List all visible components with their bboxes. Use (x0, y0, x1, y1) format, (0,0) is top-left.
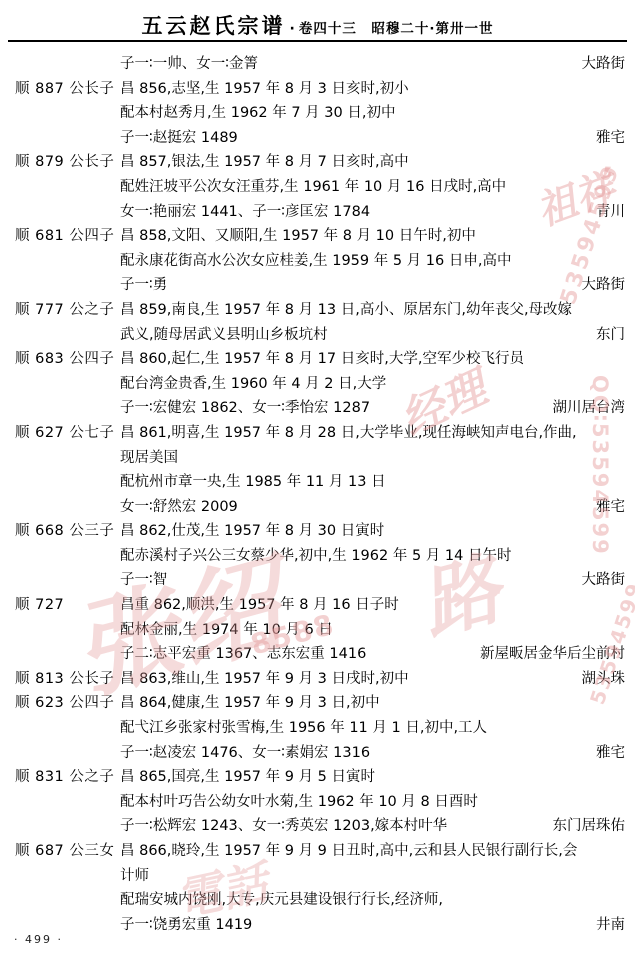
entry-text: 子一∶智 (120, 568, 582, 593)
entry-line: 配本村赵秀月,生 1962 年 7 月 30 日,初中 (15, 101, 625, 126)
residence-label: 雅宅 (596, 741, 625, 766)
residence-label: 井南 (596, 913, 625, 938)
entry-text: 配本村叶巧告公幼女叶水菊,生 1962 年 10 月 8 日酉时 (120, 790, 625, 815)
entry-text: 昌 861,明喜,生 1957 年 8 月 28 日,大学毕业,现任海峡知声电台… (120, 421, 625, 446)
entry-line: 配本村叶巧告公幼女叶水菊,生 1962 年 10 月 8 日酉时 (15, 790, 625, 815)
entry-text: 女一∶舒然宏 2009 (120, 495, 596, 520)
entry-line: 子二∶志平宏重 1367、志东宏重 1416 新屋畈居金华后尘前村 (15, 642, 625, 667)
volume-and-generation-subtitle: 卷四十三 昭穆二十·第卅一世 (299, 21, 494, 37)
entry-line: 配弋江乡张家村张雪梅,生 1956 年 11 月 1 日,初中,工人 (15, 716, 625, 741)
entry-text: 昌 865,国亮,生 1957 年 9 月 5 日寅时 (120, 765, 625, 790)
generation-label: 顺 777 公之子 (15, 298, 120, 323)
entry-line: 女一∶舒然宏 2009 雅宅 (15, 495, 625, 520)
generation-label: 顺 813 公长子 (15, 667, 120, 692)
entry-line: 子一∶松辉宏 1243、女一∶秀英宏 1203,嫁本村叶华 东门居珠佑 (15, 814, 625, 839)
generation-label: 顺 727 (15, 593, 120, 618)
entry-text: 子一∶赵凌宏 1476、女一∶素娟宏 1316 (120, 741, 596, 766)
entry-line: 顺 777 公之子 昌 859,南良,生 1957 年 8 月 13 日,高小、… (15, 298, 625, 323)
generation-label: 顺 681 公四子 (15, 224, 120, 249)
entry-line: 配瑞安城内饶刚,大专,庆元县建设银行行长,经济师, (15, 888, 625, 913)
generation-label: 顺 623 公四子 (15, 691, 120, 716)
generation-label: 顺 627 公七子 (15, 421, 120, 446)
book-title: 五云赵氏宗谱 (142, 14, 286, 38)
entry-line: 子一∶智 大路街 (15, 568, 625, 593)
entry-text: 昌 864,健康,生 1957 年 9 月 3 日,初中 (120, 691, 625, 716)
entry-text: 昌 856,志坚,生 1957 年 8 月 3 日亥时,初小 (120, 77, 625, 102)
entry-text: 昌 866,晓玲,生 1957 年 9 月 9 日丑时,高中,云和县人民银行副行… (120, 839, 625, 864)
entry-line: 顺 623 公四子 昌 864,健康,生 1957 年 9 月 3 日,初中 (15, 691, 625, 716)
entry-line: 顺 627 公七子 昌 861,明喜,生 1957 年 8 月 28 日,大学毕… (15, 421, 625, 446)
entry-text: 配杭州市章一央,生 1985 年 11 月 13 日 (120, 470, 625, 495)
residence-label: 新屋畈居金华后尘前村 (480, 642, 625, 667)
entry-text: 配林金丽,生 1974 年 10 月 6 日 (120, 618, 625, 643)
entry-text: 配赤溪村子兴公三女蔡少华,初中,生 1962 年 5 月 14 日午时 (120, 544, 625, 569)
entry-text: 子一∶松辉宏 1243、女一∶秀英宏 1203,嫁本村叶华 (120, 814, 553, 839)
entry-line: 配杭州市章一央,生 1985 年 11 月 13 日 (15, 470, 625, 495)
entry-line: 顺 668 公三子 昌 862,仕茂,生 1957 年 8 月 30 日寅时 (15, 519, 625, 544)
entries-list: 子一∶一帅、女一∶金箐 大路街 顺 887 公长子 昌 856,志坚,生 195… (15, 52, 625, 937)
entry-line: 武义,随母居武义县明山乡板坑村 东门 (15, 323, 625, 348)
entry-line: 子一∶勇 大路街 (15, 273, 625, 298)
entry-line: 顺 887 公长子 昌 856,志坚,生 1957 年 8 月 3 日亥时,初小 (15, 77, 625, 102)
entry-text: 配姓汪坡平公次女汪重芬,生 1961 年 10 月 16 日戌时,高中 (120, 175, 625, 200)
entry-text: 武义,随母居武义县明山乡板坑村 (120, 323, 596, 348)
entry-text: 配台湾金贵香,生 1960 年 4 月 2 日,大学 (120, 372, 625, 397)
entry-line: 顺 687 公三女 昌 866,晓玲,生 1957 年 9 月 9 日丑时,高中… (15, 839, 625, 864)
generation-label: 顺 831 公之子 (15, 765, 120, 790)
entry-text: 计师 (120, 864, 625, 889)
entry-text: 子一∶宏健宏 1862、女一∶季怡宏 1287 (120, 396, 553, 421)
entry-line: 顺 681 公四子 昌 858,文阳、又顺阳,生 1957 年 8 月 10 日… (15, 224, 625, 249)
residence-label: 湖川居台湾 (553, 396, 626, 421)
entry-line: 子一∶一帅、女一∶金箐 大路街 (15, 52, 625, 77)
entry-text: 现居美国 (120, 446, 625, 471)
entry-line: 顺 727 昌重 862,顺洪,生 1957 年 8 月 16 日子时 (15, 593, 625, 618)
entry-line: 配永康花街高水公次女应桂姜,生 1959 年 5 月 16 日申,高中 (15, 249, 625, 274)
entry-line: 配赤溪村子兴公三女蔡少华,初中,生 1962 年 5 月 14 日午时 (15, 544, 625, 569)
entry-text: 配永康花街高水公次女应桂姜,生 1959 年 5 月 16 日申,高中 (120, 249, 625, 274)
entry-line: 配台湾金贵香,生 1960 年 4 月 2 日,大学 (15, 372, 625, 397)
entry-line: 子一∶饶勇宏重 1419 井南 (15, 913, 625, 938)
entry-line: 女一∶艳丽宏 1441、子一∶彦匡宏 1784 青川 (15, 200, 625, 225)
entry-line: 顺 879 公长子 昌 857,银法,生 1957 年 8 月 7 日亥时,高中 (15, 150, 625, 175)
residence-label: 东门 (596, 323, 625, 348)
genealogy-page: 五云赵氏宗谱·卷四十三 昭穆二十·第卅一世 子一∶一帅、女一∶金箐 大路街 顺 … (0, 0, 635, 968)
generation-label: 顺 668 公三子 (15, 519, 120, 544)
generation-label: 顺 683 公四子 (15, 347, 120, 372)
generation-label: 顺 887 公长子 (15, 77, 120, 102)
entry-text: 子一∶饶勇宏重 1419 (120, 913, 596, 938)
entry-line: 子一∶宏健宏 1862、女一∶季怡宏 1287 湖川居台湾 (15, 396, 625, 421)
entry-text: 昌 862,仕茂,生 1957 年 8 月 30 日寅时 (120, 519, 625, 544)
generation-label: 顺 687 公三女 (15, 839, 120, 864)
entry-line: 配林金丽,生 1974 年 10 月 6 日 (15, 618, 625, 643)
entry-text: 昌 860,起仁,生 1957 年 8 月 17 日亥时,大学,空军少校飞行员 (120, 347, 625, 372)
entry-text: 女一∶艳丽宏 1441、子一∶彦匡宏 1784 (120, 200, 596, 225)
entry-text: 子一∶一帅、女一∶金箐 (120, 52, 582, 77)
entry-text: 配本村赵秀月,生 1962 年 7 月 30 日,初中 (120, 101, 625, 126)
entry-line: 子一∶赵挺宏 1489 雅宅 (15, 126, 625, 151)
entry-line: 计师 (15, 864, 625, 889)
residence-label: 大路街 (582, 568, 626, 593)
title-separator: · (290, 21, 295, 37)
residence-label: 雅宅 (596, 495, 625, 520)
entry-text: 子一∶勇 (120, 273, 582, 298)
entry-text: 昌 863,维山,生 1957 年 9 月 3 日戌时,初中 (120, 667, 582, 692)
entry-line: 配姓汪坡平公次女汪重芬,生 1961 年 10 月 16 日戌时,高中 (15, 175, 625, 200)
entry-text: 昌 857,银法,生 1957 年 8 月 7 日亥时,高中 (120, 150, 625, 175)
entry-text: 昌 859,南良,生 1957 年 8 月 13 日,高小、原居东门,幼年丧父,… (120, 298, 625, 323)
residence-label: 湖头珠 (582, 667, 626, 692)
residence-label: 青川 (596, 200, 625, 225)
entry-line: 顺 813 公长子 昌 863,维山,生 1957 年 9 月 3 日戌时,初中… (15, 667, 625, 692)
entry-line: 顺 683 公四子 昌 860,起仁,生 1957 年 8 月 17 日亥时,大… (15, 347, 625, 372)
residence-label: 雅宅 (596, 126, 625, 151)
residence-label: 大路街 (582, 52, 626, 77)
header-divider (8, 40, 627, 42)
page-header: 五云赵氏宗谱·卷四十三 昭穆二十·第卅一世 (0, 10, 635, 40)
entry-text: 昌重 862,顺洪,生 1957 年 8 月 16 日子时 (120, 593, 625, 618)
entry-text: 配瑞安城内饶刚,大专,庆元县建设银行行长,经济师, (120, 888, 625, 913)
entry-text: 子二∶志平宏重 1367、志东宏重 1416 (120, 642, 480, 667)
page-number: · 499 · (14, 933, 63, 946)
generation-label: 顺 879 公长子 (15, 150, 120, 175)
entry-text: 配弋江乡张家村张雪梅,生 1956 年 11 月 1 日,初中,工人 (120, 716, 625, 741)
residence-label: 东门居珠佑 (553, 814, 626, 839)
entry-line: 现居美国 (15, 446, 625, 471)
residence-label: 大路街 (582, 273, 626, 298)
entry-text: 子一∶赵挺宏 1489 (120, 126, 596, 151)
entry-line: 顺 831 公之子 昌 865,国亮,生 1957 年 9 月 5 日寅时 (15, 765, 625, 790)
entry-text: 昌 858,文阳、又顺阳,生 1957 年 8 月 10 日午时,初中 (120, 224, 625, 249)
entry-line: 子一∶赵凌宏 1476、女一∶素娟宏 1316 雅宅 (15, 741, 625, 766)
